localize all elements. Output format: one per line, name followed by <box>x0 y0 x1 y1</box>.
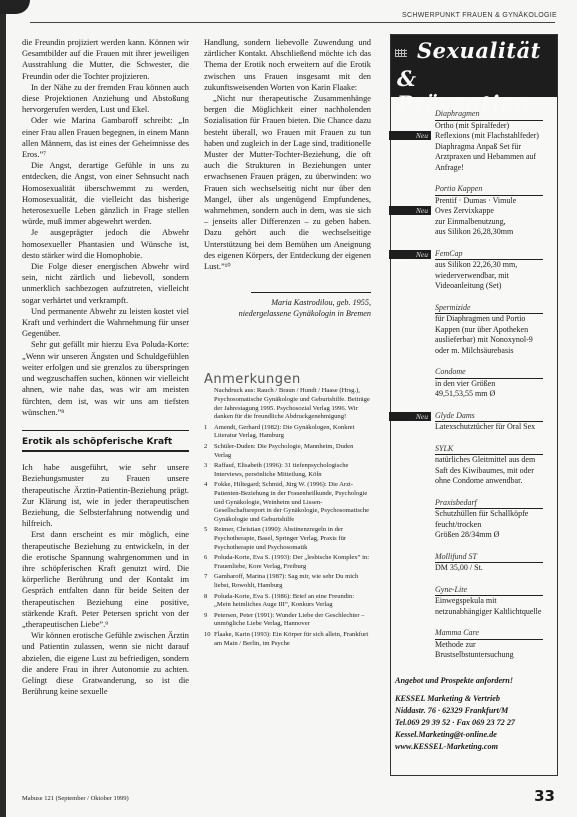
note-item: 3Raffauf, Elisabeth (1996): 31 tiefenpsy… <box>204 462 371 479</box>
product-sylk: SYLK natürliches Gleitmittel aus dem Saf… <box>391 444 549 487</box>
product-gyne-lite: Gyne-Lite Einwegspekula mit netzunabhäng… <box>391 585 549 618</box>
product-condome: Condome in den vier Größen 49,51,53,55 m… <box>391 367 549 400</box>
quote-paragraph: „Nicht nur therapeutische Zusammenhänge … <box>204 93 371 272</box>
note-item: 9Petersen, Peter (1991): Wunder Liebe de… <box>204 612 371 629</box>
note-item: 1Amendt, Gerhard (1982): Die Gynäkologen… <box>204 424 371 441</box>
paragraph: Sehr gut gefällt mir hierzu Eva Poluda-K… <box>22 339 189 417</box>
note-item: 2Schüler-Duden: Die Psychologie, Mannhei… <box>204 443 371 460</box>
note-item: Nachdruck aus: Rauch / Braun / Hundt / H… <box>204 387 371 421</box>
paragraph: Wir können erotische Gefühle zwischen Är… <box>22 630 189 697</box>
new-badge: Neu <box>389 250 431 259</box>
paragraph: Die Angst, derartige Gefühle in uns zu e… <box>22 160 189 227</box>
note-item: 6Poluda-Korte, Eva S. (1993): Der „lesbi… <box>204 554 371 571</box>
note-item: 4Fokke, Hiltegard; Schmid, Jürg W. (1996… <box>204 481 371 524</box>
company-street: Niddastr. 76 · 62329 Frankfurt/M <box>395 705 549 717</box>
note-item: 7Gambaroff, Marina (1987): Sag mir, wie … <box>204 573 371 590</box>
grid-ornament-icon <box>395 49 407 57</box>
author-signature: Maria Kastrodilou, geb. 1955, niedergela… <box>204 297 371 319</box>
company-phone: Tel.069 29 39 52 · Fax 069 23 72 27 <box>395 717 549 729</box>
company-email: Kessel.Marketing@t-online.de <box>395 729 549 741</box>
product-spermizide: Spermizide für Diaphragmen und Portio Ka… <box>391 303 549 357</box>
author-role: niedergelassene Gynäkologin in Bremen <box>204 308 371 319</box>
article-column-1: die Freundin projiziert werden kann. Kön… <box>22 37 189 697</box>
paragraph: die Freundin projiziert werden kann. Kön… <box>22 37 189 82</box>
company-website: www.KESSEL-Marketing.com <box>395 741 549 753</box>
paragraph: Je ausgeprägter jedoch die Abwehr homose… <box>22 227 189 261</box>
new-badge: Neu <box>389 131 431 140</box>
ad-header: Sexualität & Prävention <box>391 35 557 97</box>
product-mamma-care: Mamma Care Methode zur Brustselbstunters… <box>391 628 549 661</box>
paragraph: Erst dann erscheint es mir möglich, eine… <box>22 529 189 630</box>
ad-title-line1: Sexualität <box>417 38 541 63</box>
new-badge: Neu <box>389 412 431 421</box>
product-glyde-dams: Neu Glyde Dams Latexschutztücher für Ora… <box>391 411 549 433</box>
paragraph: Oder wie Marina Gambaroff schreibt: „In … <box>22 115 189 160</box>
section-divider <box>22 430 189 431</box>
product-femcap: Neu FemCap aus Silikon 22,26,30 mm, wied… <box>391 249 549 292</box>
paragraph: Die Folge dieser energischen Abwehr wird… <box>22 261 189 306</box>
page-edge-bar <box>0 0 6 817</box>
page-number: 33 <box>534 787 555 805</box>
ad-contact: Angebot und Prospekte anfordern! KESSEL … <box>391 675 549 753</box>
paragraph: Und permanente Abwehr zu leisten kostet … <box>22 306 189 340</box>
section-heading: Erotik als schöpferische Kraft <box>22 435 189 452</box>
article-column-2: Handlung, sondern liebevolle Zuwendung u… <box>204 37 371 650</box>
notes-list: Nachdruck aus: Rauch / Braun / Hundt / H… <box>204 387 371 648</box>
header-rule <box>30 22 555 23</box>
publication-footer: Mabuse 121 (September / Oktober 1999) <box>22 795 129 802</box>
product-praxisbedarf: Praxisbedarf Schutzhüllen für Schallköpf… <box>391 498 549 541</box>
product-mollifund: Mollifund ST DM 35,00 / St. <box>391 552 549 574</box>
ad-product-list: Neu Diaphragmen Ortho (mit Spiralfeder) … <box>391 97 557 753</box>
paragraph: Handlung, sondern liebevolle Zuwendung u… <box>204 37 371 93</box>
paragraph: Ich habe ausgeführt, wie sehr unsere Bez… <box>22 462 189 529</box>
advertisement-box: Sexualität & Prävention Neu Diaphragmen … <box>390 34 558 776</box>
signature-rule <box>251 292 371 293</box>
running-head: Schwerpunkt Frauen & Gynäkologie <box>402 12 557 19</box>
note-item: 5Reimer, Christian (1990): Abstinenzrege… <box>204 526 371 552</box>
note-item: 8Poluda-Korte, Eva S. (1986): Brief an e… <box>204 593 371 610</box>
product-diaphragmen: Neu Diaphragmen Ortho (mit Spiralfeder) … <box>391 109 549 173</box>
notes-heading: Anmerkungen <box>204 374 371 385</box>
product-portio-kappen: Neu Portio Kappen Prentif · Dumas · Vimu… <box>391 184 549 238</box>
note-item: 10Flaake, Karin (1993): Ein Körper für s… <box>204 631 371 648</box>
paragraph: In der Nähe zu der fremden Frau können a… <box>22 82 189 116</box>
company-address: KESSEL Marketing & Vertrieb Niddastr. 76… <box>395 693 549 753</box>
new-badge: Neu <box>389 206 431 215</box>
company-name: KESSEL Marketing & Vertrieb <box>395 693 549 705</box>
page-corner-shadow <box>0 0 30 14</box>
author-name: Maria Kastrodilou, geb. 1955, <box>204 297 371 308</box>
ad-call-to-action: Angebot und Prospekte anfordern! <box>395 675 549 687</box>
